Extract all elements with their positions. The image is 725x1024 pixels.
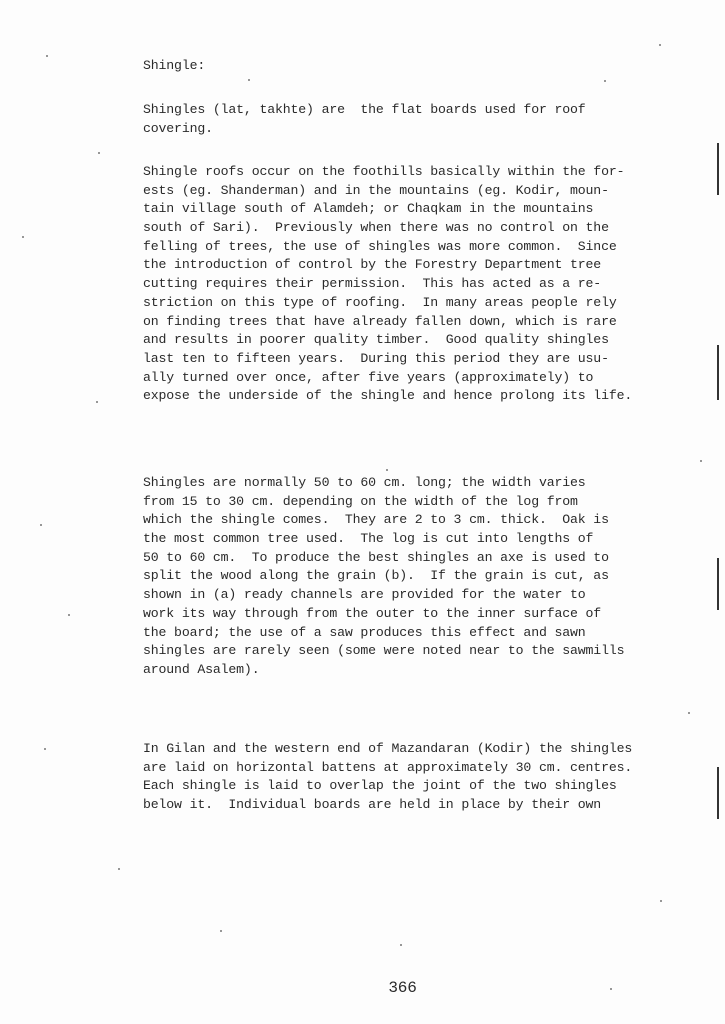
scan-speck bbox=[400, 944, 402, 946]
scan-speck bbox=[98, 152, 100, 154]
margin-bar bbox=[717, 143, 719, 195]
scan-speck bbox=[68, 614, 70, 616]
scan-speck bbox=[96, 401, 98, 403]
scan-speck bbox=[22, 236, 24, 238]
scan-speck bbox=[688, 712, 690, 714]
scan-speck bbox=[700, 460, 702, 462]
margin-bar bbox=[717, 767, 719, 819]
text-line: striction on this type of roofing. In ma… bbox=[143, 294, 718, 313]
text-line: work its way through from the outer to t… bbox=[143, 605, 718, 624]
text-line: on finding trees that have already falle… bbox=[143, 313, 718, 332]
scan-speck bbox=[610, 988, 612, 990]
scan-speck bbox=[248, 79, 250, 81]
paragraph-dimensions: Shingles are normally 50 to 60 cm. long;… bbox=[143, 474, 718, 680]
text-line: are laid on horizontal battens at approx… bbox=[143, 759, 718, 778]
scan-speck bbox=[40, 524, 42, 526]
text-line: the introduction of control by the Fores… bbox=[143, 256, 718, 275]
text-line: covering. bbox=[143, 120, 718, 139]
paragraph-definition: Shingles (lat, takhte) are the flat boar… bbox=[143, 101, 718, 138]
text-line: felling of trees, the use of shingles wa… bbox=[143, 238, 718, 257]
text-line: shown in (a) ready channels are provided… bbox=[143, 586, 718, 605]
text-line: expose the underside of the shingle and … bbox=[143, 387, 718, 406]
margin-bar bbox=[717, 345, 719, 400]
text-line: Each shingle is laid to overlap the join… bbox=[143, 777, 718, 796]
text-line: south of Sari). Previously when there wa… bbox=[143, 219, 718, 238]
text-line: and results in poorer quality timber. Go… bbox=[143, 331, 718, 350]
scan-speck bbox=[44, 748, 46, 750]
scan-speck bbox=[220, 930, 222, 932]
document-page: Shingle: Shingles (lat, takhte) are the … bbox=[0, 0, 725, 1024]
scan-speck bbox=[604, 80, 606, 82]
paragraph-laying: In Gilan and the western end of Mazandar… bbox=[143, 740, 718, 815]
section-heading: Shingle: bbox=[143, 57, 205, 75]
scan-speck bbox=[386, 469, 388, 471]
text-line: below it. Individual boards are held in … bbox=[143, 796, 718, 815]
text-line: cutting requires their permission. This … bbox=[143, 275, 718, 294]
text-line: shingles are rarely seen (some were note… bbox=[143, 642, 718, 661]
scan-speck bbox=[660, 900, 662, 902]
scan-speck bbox=[659, 44, 661, 46]
page-number: 366 bbox=[0, 979, 725, 997]
text-line: In Gilan and the western end of Mazandar… bbox=[143, 740, 718, 759]
text-line: Shingles (lat, takhte) are the flat boar… bbox=[143, 101, 718, 120]
text-line: Shingles are normally 50 to 60 cm. long;… bbox=[143, 474, 718, 493]
text-line: around Asalem). bbox=[143, 661, 718, 680]
text-line: ally turned over once, after five years … bbox=[143, 369, 718, 388]
scan-speck bbox=[118, 868, 120, 870]
text-line: the board; the use of a saw produces thi… bbox=[143, 624, 718, 643]
text-line: Shingle roofs occur on the foothills bas… bbox=[143, 163, 718, 182]
text-line: from 15 to 30 cm. depending on the width… bbox=[143, 493, 718, 512]
text-line: tain village south of Alamdeh; or Chaqka… bbox=[143, 200, 718, 219]
margin-bar bbox=[717, 558, 719, 610]
text-line: last ten to fifteen years. During this p… bbox=[143, 350, 718, 369]
text-line: 50 to 60 cm. To produce the best shingle… bbox=[143, 549, 718, 568]
text-line: which the shingle comes. They are 2 to 3… bbox=[143, 511, 718, 530]
text-line: split the wood along the grain (b). If t… bbox=[143, 567, 718, 586]
paragraph-occurrence: Shingle roofs occur on the foothills bas… bbox=[143, 163, 718, 406]
text-line: the most common tree used. The log is cu… bbox=[143, 530, 718, 549]
scan-speck bbox=[46, 55, 48, 57]
text-line: ests (eg. Shanderman) and in the mountai… bbox=[143, 182, 718, 201]
